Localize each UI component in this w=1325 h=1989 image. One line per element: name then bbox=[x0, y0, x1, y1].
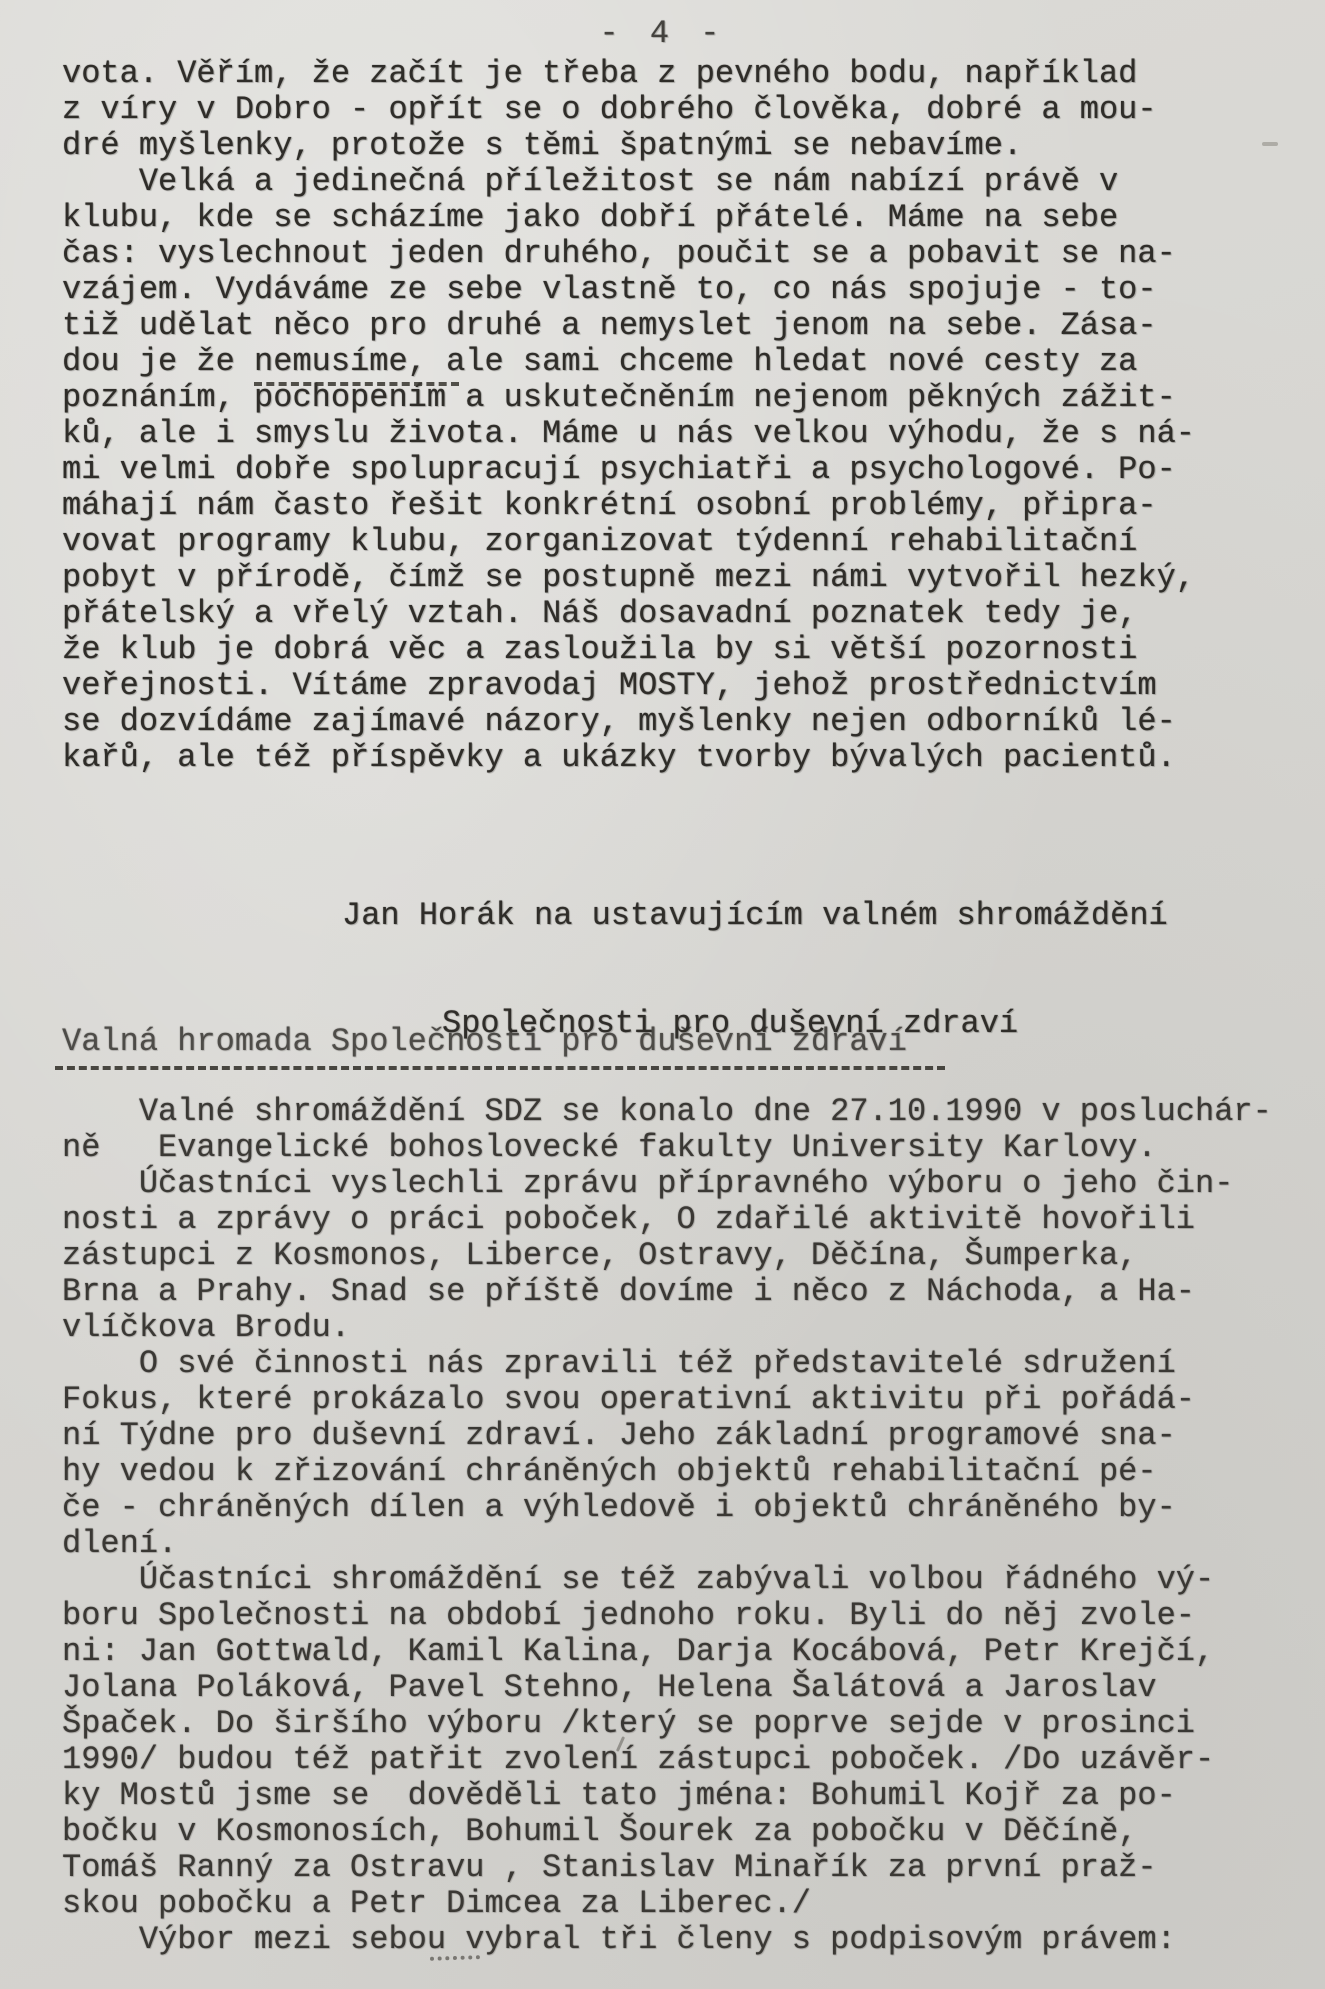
dashed-underline-mark bbox=[254, 382, 459, 386]
ink-speck bbox=[430, 1955, 480, 1961]
attribution-line-1: Jan Horák na ustavujícím valném shromážd… bbox=[342, 898, 1168, 934]
section-heading: Valná hromada Společnosti pro duševní zd… bbox=[62, 1024, 907, 1060]
heading-underline-mark bbox=[55, 1066, 945, 1070]
section-body: Valné shromáždění SDZ se konalo dne 27.1… bbox=[62, 1094, 1272, 1958]
intro-paragraph: vota. Věřím, že začít je třeba z pevného… bbox=[62, 56, 1195, 776]
page-number: - 4 - bbox=[0, 16, 1325, 52]
ink-speck bbox=[1262, 142, 1278, 146]
attribution: Jan Horák na ustavujícím valném shromážd… bbox=[342, 826, 1168, 1114]
